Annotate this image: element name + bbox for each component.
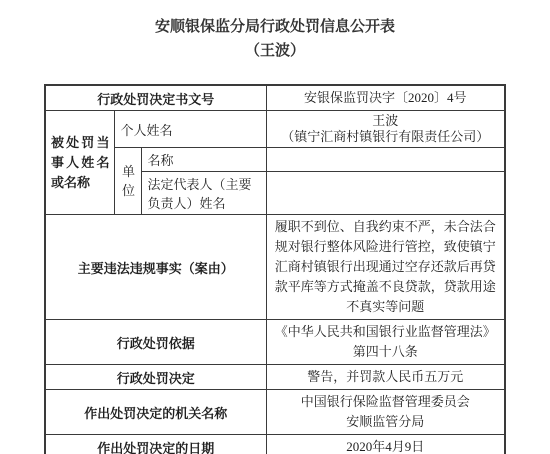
authority-value-line2: 安顺监管分局 [272,412,500,432]
unit-name-label: 名称 [142,148,266,172]
doc-number-label: 行政处罚决定书文号 [45,85,266,111]
page-title-line1: 安顺银保监分局行政处罚信息公开表 [0,15,550,39]
row-authority: 作出处罚决定的机关名称 中国银行保险监督管理委员会 安顺监管分局 [45,390,505,435]
personal-name-value-line2: （镇宁汇商村镇银行有限责任公司） [272,129,500,145]
penalty-table: 行政处罚决定书文号 安银保监罚决字〔2020〕4号 被处罚当事人姓名或名称 个人… [44,84,506,454]
row-facts: 主要违法违规事实（案由） 履职不到位、自我约束不严，未合法合规对银行整体风险进行… [45,215,505,320]
page-title-line2: （王波） [0,39,550,63]
basis-label: 行政处罚依据 [45,320,266,365]
row-personal-name: 被处罚当事人姓名或名称 个人姓名 王波 （镇宁汇商村镇银行有限责任公司） [45,111,505,148]
facts-label: 主要违法违规事实（案由） [45,215,266,320]
row-doc-number: 行政处罚决定书文号 安银保监罚决字〔2020〕4号 [45,85,505,111]
personal-name-value-line1: 王波 [272,113,500,129]
penalty-disclosure-page: 安顺银保监分局行政处罚信息公开表 （王波） 行政处罚决定书文号 安银保监罚决字〔… [0,0,550,454]
doc-number-value: 安银保监罚决字〔2020〕4号 [266,85,505,111]
personal-name-label: 个人姓名 [115,111,266,148]
unit-label: 单位 [115,148,142,215]
decision-label: 行政处罚决定 [45,365,266,390]
legal-rep-label: 法定代表人（主要负责人）姓名 [142,172,266,215]
legal-rep-value [266,172,505,215]
authority-label: 作出处罚决定的机关名称 [45,390,266,435]
basis-value-line2: 第四十八条 [272,342,500,362]
personal-name-value: 王波 （镇宁汇商村镇银行有限责任公司） [266,111,505,148]
basis-value: 《中华人民共和国银行业监督管理法》 第四十八条 [266,320,505,365]
row-basis: 行政处罚依据 《中华人民共和国银行业监督管理法》 第四十八条 [45,320,505,365]
authority-value: 中国银行保险监督管理委员会 安顺监管分局 [266,390,505,435]
date-label: 作出处罚决定的日期 [45,435,266,454]
page-title: 安顺银保监分局行政处罚信息公开表 （王波） [0,0,550,63]
date-value: 2020年4月9日 [266,435,505,454]
basis-value-line1: 《中华人民共和国银行业监督管理法》 [272,322,500,342]
row-decision: 行政处罚决定 警告，并罚款人民币五万元 [45,365,505,390]
row-date: 作出处罚决定的日期 2020年4月9日 [45,435,505,454]
decision-value: 警告，并罚款人民币五万元 [266,365,505,390]
party-group-label: 被处罚当事人姓名或名称 [45,111,115,215]
authority-value-line1: 中国银行保险监督管理委员会 [272,392,500,412]
facts-value: 履职不到位、自我约束不严，未合法合规对银行整体风险进行管控，致使镇宁汇商村镇银行… [266,215,505,320]
unit-name-value [266,148,505,172]
